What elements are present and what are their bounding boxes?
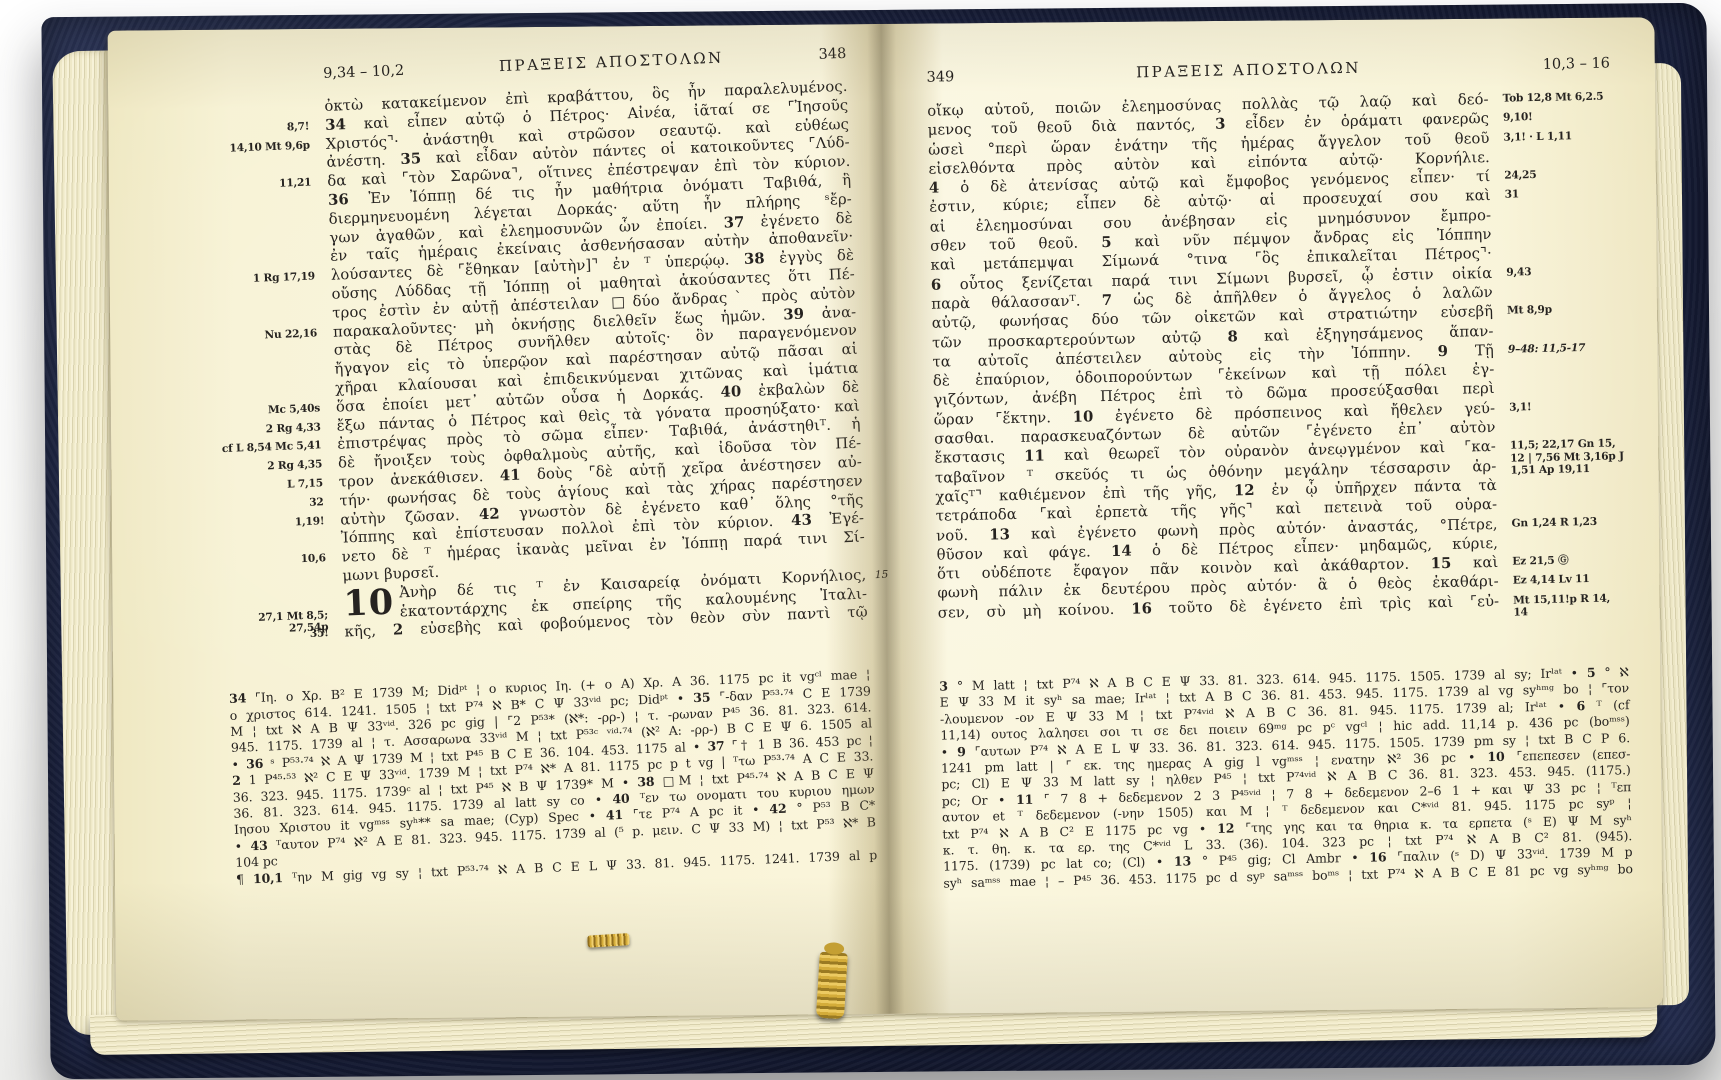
margin-reference (1494, 357, 1622, 379)
margin-reference: 9,10! (1488, 107, 1616, 129)
margin-reference: 31 (1490, 184, 1618, 206)
margin-reference: 3,1! · L 1,11 (1489, 126, 1617, 148)
running-title: ΠΡΑΞΕΙΣ ΑΠΟΣΤΟΛΩΝ (954, 55, 1543, 85)
left-page-header: 9,34 – 10,2 ΠΡΑΞΕΙΣ ΑΠΟΣΤΟΛΩΝ 348 (205, 44, 847, 87)
right-critical-apparatus: 3 ° M latt ¦ txt P⁷⁴ ℵ A B C E Ψ 33. 81.… (939, 664, 1633, 892)
left-critical-apparatus: 34 ⌜Ιη. ο Χρ. B² E 1739 M; Didᵖᵗ ¦ ο κυρ… (229, 666, 878, 887)
verse-range: 10,3 – 16 (1542, 55, 1610, 72)
margin-reference (1489, 145, 1617, 167)
margin-reference: 11,5; 22,17 Gn 15, 12 | 7,56 Mt 3,16p J … (1495, 435, 1623, 457)
margin-reference: 3,1! (1494, 396, 1622, 418)
left-body-text: ὀκτὼ κατακείμενον ἐπὶ κραβάττου, ὃς ἦν π… (206, 78, 868, 647)
book-photo: 9,34 – 10,2 ΠΡΑΞΕΙΣ ΑΠΟΣΤΟΛΩΝ 348 ὀκτὼ κ… (0, 0, 1721, 1080)
margin-reference: Gn 1,24 R 1,23 (1497, 512, 1625, 534)
margin-reference (1494, 377, 1622, 399)
left-page: 9,34 – 10,2 ΠΡΑΞΕΙΣ ΑΠΟΣΤΟΛΩΝ 348 ὀκτὼ κ… (108, 24, 890, 1021)
margin-reference (1491, 222, 1619, 244)
margin-reference (1490, 203, 1618, 225)
margin-reference: 35! (226, 624, 345, 647)
margin-reference: Ez 21,5 Ⓖ (1498, 550, 1626, 572)
margin-reference: 9–48: 11,5-17 (1493, 338, 1621, 360)
right-body-text: οἴκῳ αὐτοῦ, ποιῶν ἐλεημοσύνας πολλὰς τῷ … (927, 87, 1627, 622)
margin-reference (1491, 242, 1619, 264)
margin-reference (1493, 319, 1621, 341)
margin-reference (1496, 492, 1624, 514)
running-title: ΠΡΑΞΕΙΣ ΑΠΟΣΤΟΛΩΝ (404, 45, 819, 79)
bookmark-ribbon (816, 952, 848, 1020)
margin-reference: Tob 12,8 Mt 6,2.5 (1488, 87, 1616, 109)
margin-reference: Ez 4,14 Lv 11 (1498, 570, 1626, 592)
gutter-shadow (821, 23, 950, 1014)
margin-reference (1492, 280, 1620, 302)
margin-reference (1495, 415, 1623, 437)
margin-reference: Mt 8,9p (1492, 300, 1620, 322)
book-cover: 9,34 – 10,2 ΠΡΑΞΕΙΣ ΑΠΟΣΤΟΛΩΝ 348 ὀκτὼ κ… (41, 3, 1715, 1079)
open-pages: 9,34 – 10,2 ΠΡΑΞΕΙΣ ΑΠΟΣΤΟΛΩΝ 348 ὀκτὼ κ… (108, 17, 1664, 1020)
verse-range: 9,34 – 10,2 (323, 63, 405, 82)
margin-reference (1497, 531, 1625, 553)
margin-reference: Mt 15,11!p R 14, 14 (1498, 589, 1626, 611)
margin-reference (1496, 454, 1624, 476)
bookmark-clasp (587, 933, 630, 948)
margin-reference: 24,25 (1490, 164, 1618, 186)
margin-reference: 9,43 (1492, 261, 1620, 283)
margin-reference (1496, 473, 1624, 495)
right-page-header: 349 ΠΡΑΞΕΙΣ ΑΠΟΣΤΟΛΩΝ 10,3 – 16 (926, 53, 1616, 85)
right-page: 349 ΠΡΑΞΕΙΣ ΑΠΟΣΤΟΛΩΝ 10,3 – 16 οἴκῳ αὐτ… (881, 17, 1663, 1014)
